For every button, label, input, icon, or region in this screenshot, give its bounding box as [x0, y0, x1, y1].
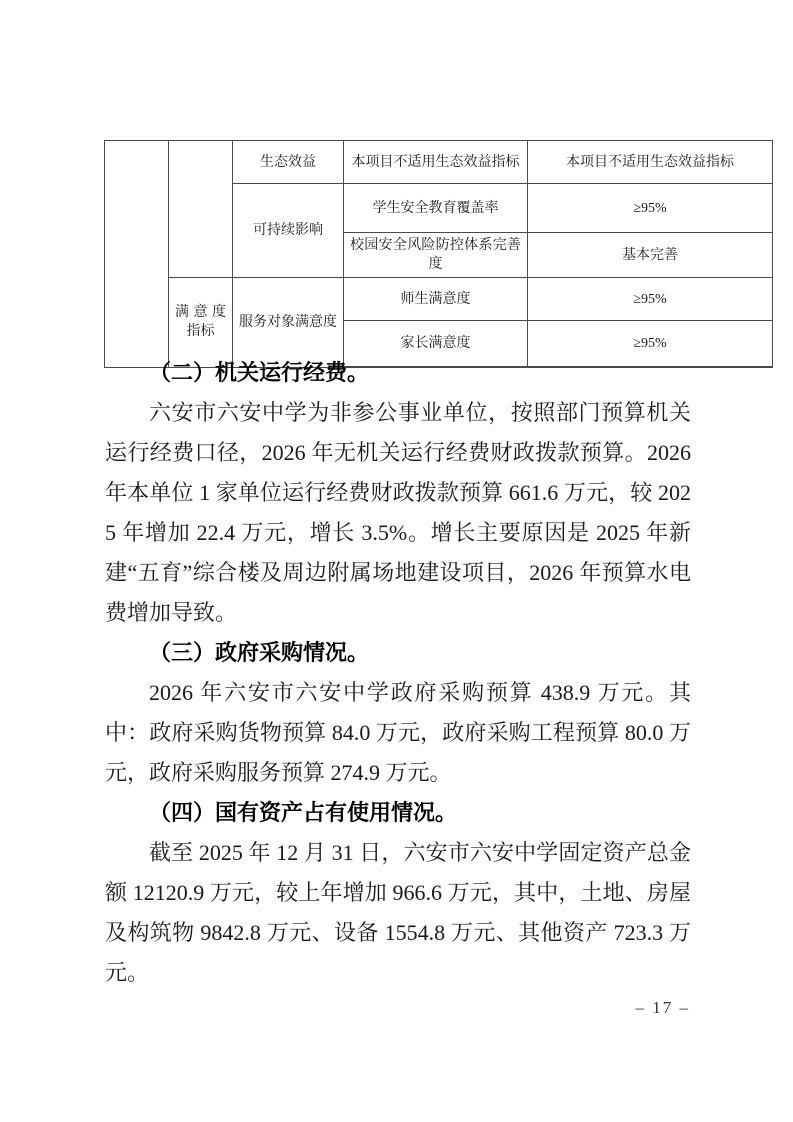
- table-cell-indicator: 本项目不适用生态效益指标: [344, 141, 528, 184]
- table-cell-value: ≥95%: [528, 278, 773, 321]
- document-page: 生态效益 本项目不适用生态效益指标 本项目不适用生态效益指标 可持续影响 学生安…: [0, 0, 793, 1122]
- performance-indicator-table: 生态效益 本项目不适用生态效益指标 本项目不适用生态效益指标 可持续影响 学生安…: [104, 140, 773, 368]
- page-number: – 17 –: [636, 996, 691, 1020]
- table-row: 满意度指标 服务对象满意度 师生满意度 ≥95%: [105, 278, 773, 321]
- table-cell-sustainable-impact: 可持续影响: [233, 184, 344, 278]
- section-paragraph-government-procurement: 2026 年六安市六安中学政府采购预算 438.9 万元。其中：政府采购货物预算…: [105, 673, 691, 793]
- document-body: （二）机关运行经费。 六安市六安中学为非参公事业单位，按照部门预算机关运行经费口…: [105, 353, 691, 993]
- table-cell-indicator: 师生满意度: [344, 278, 528, 321]
- table-row: 生态效益 本项目不适用生态效益指标 本项目不适用生态效益指标: [105, 141, 773, 184]
- section-paragraph-operating-funds: 六安市六安中学为非参公事业单位，按照部门预算机关运行经费口径，2026 年无机关…: [105, 393, 691, 633]
- table-cell-group-blank: [169, 141, 233, 278]
- table-cell-value: 本项目不适用生态效益指标: [528, 141, 773, 184]
- section-heading-government-procurement: （三）政府采购情况。: [105, 633, 691, 673]
- table-cell-indicator: 校园安全风险防控体系完善度: [344, 233, 528, 278]
- table-cell-category-blank: [105, 141, 169, 368]
- performance-indicator-table-wrap: 生态效益 本项目不适用生态效益指标 本项目不适用生态效益指标 可持续影响 学生安…: [104, 140, 772, 368]
- table-cell-indicator: 学生安全教育覆盖率: [344, 184, 528, 233]
- section-heading-operating-funds: （二）机关运行经费。: [105, 353, 691, 393]
- table-cell-value: ≥95%: [528, 184, 773, 233]
- section-heading-state-assets: （四）国有资产占有使用情况。: [105, 793, 691, 833]
- table-cell-value: 基本完善: [528, 233, 773, 278]
- table-cell-eco-benefit: 生态效益: [233, 141, 344, 184]
- section-paragraph-state-assets: 截至 2025 年 12 月 31 日，六安市六安中学固定资产总金额 12120…: [105, 833, 691, 993]
